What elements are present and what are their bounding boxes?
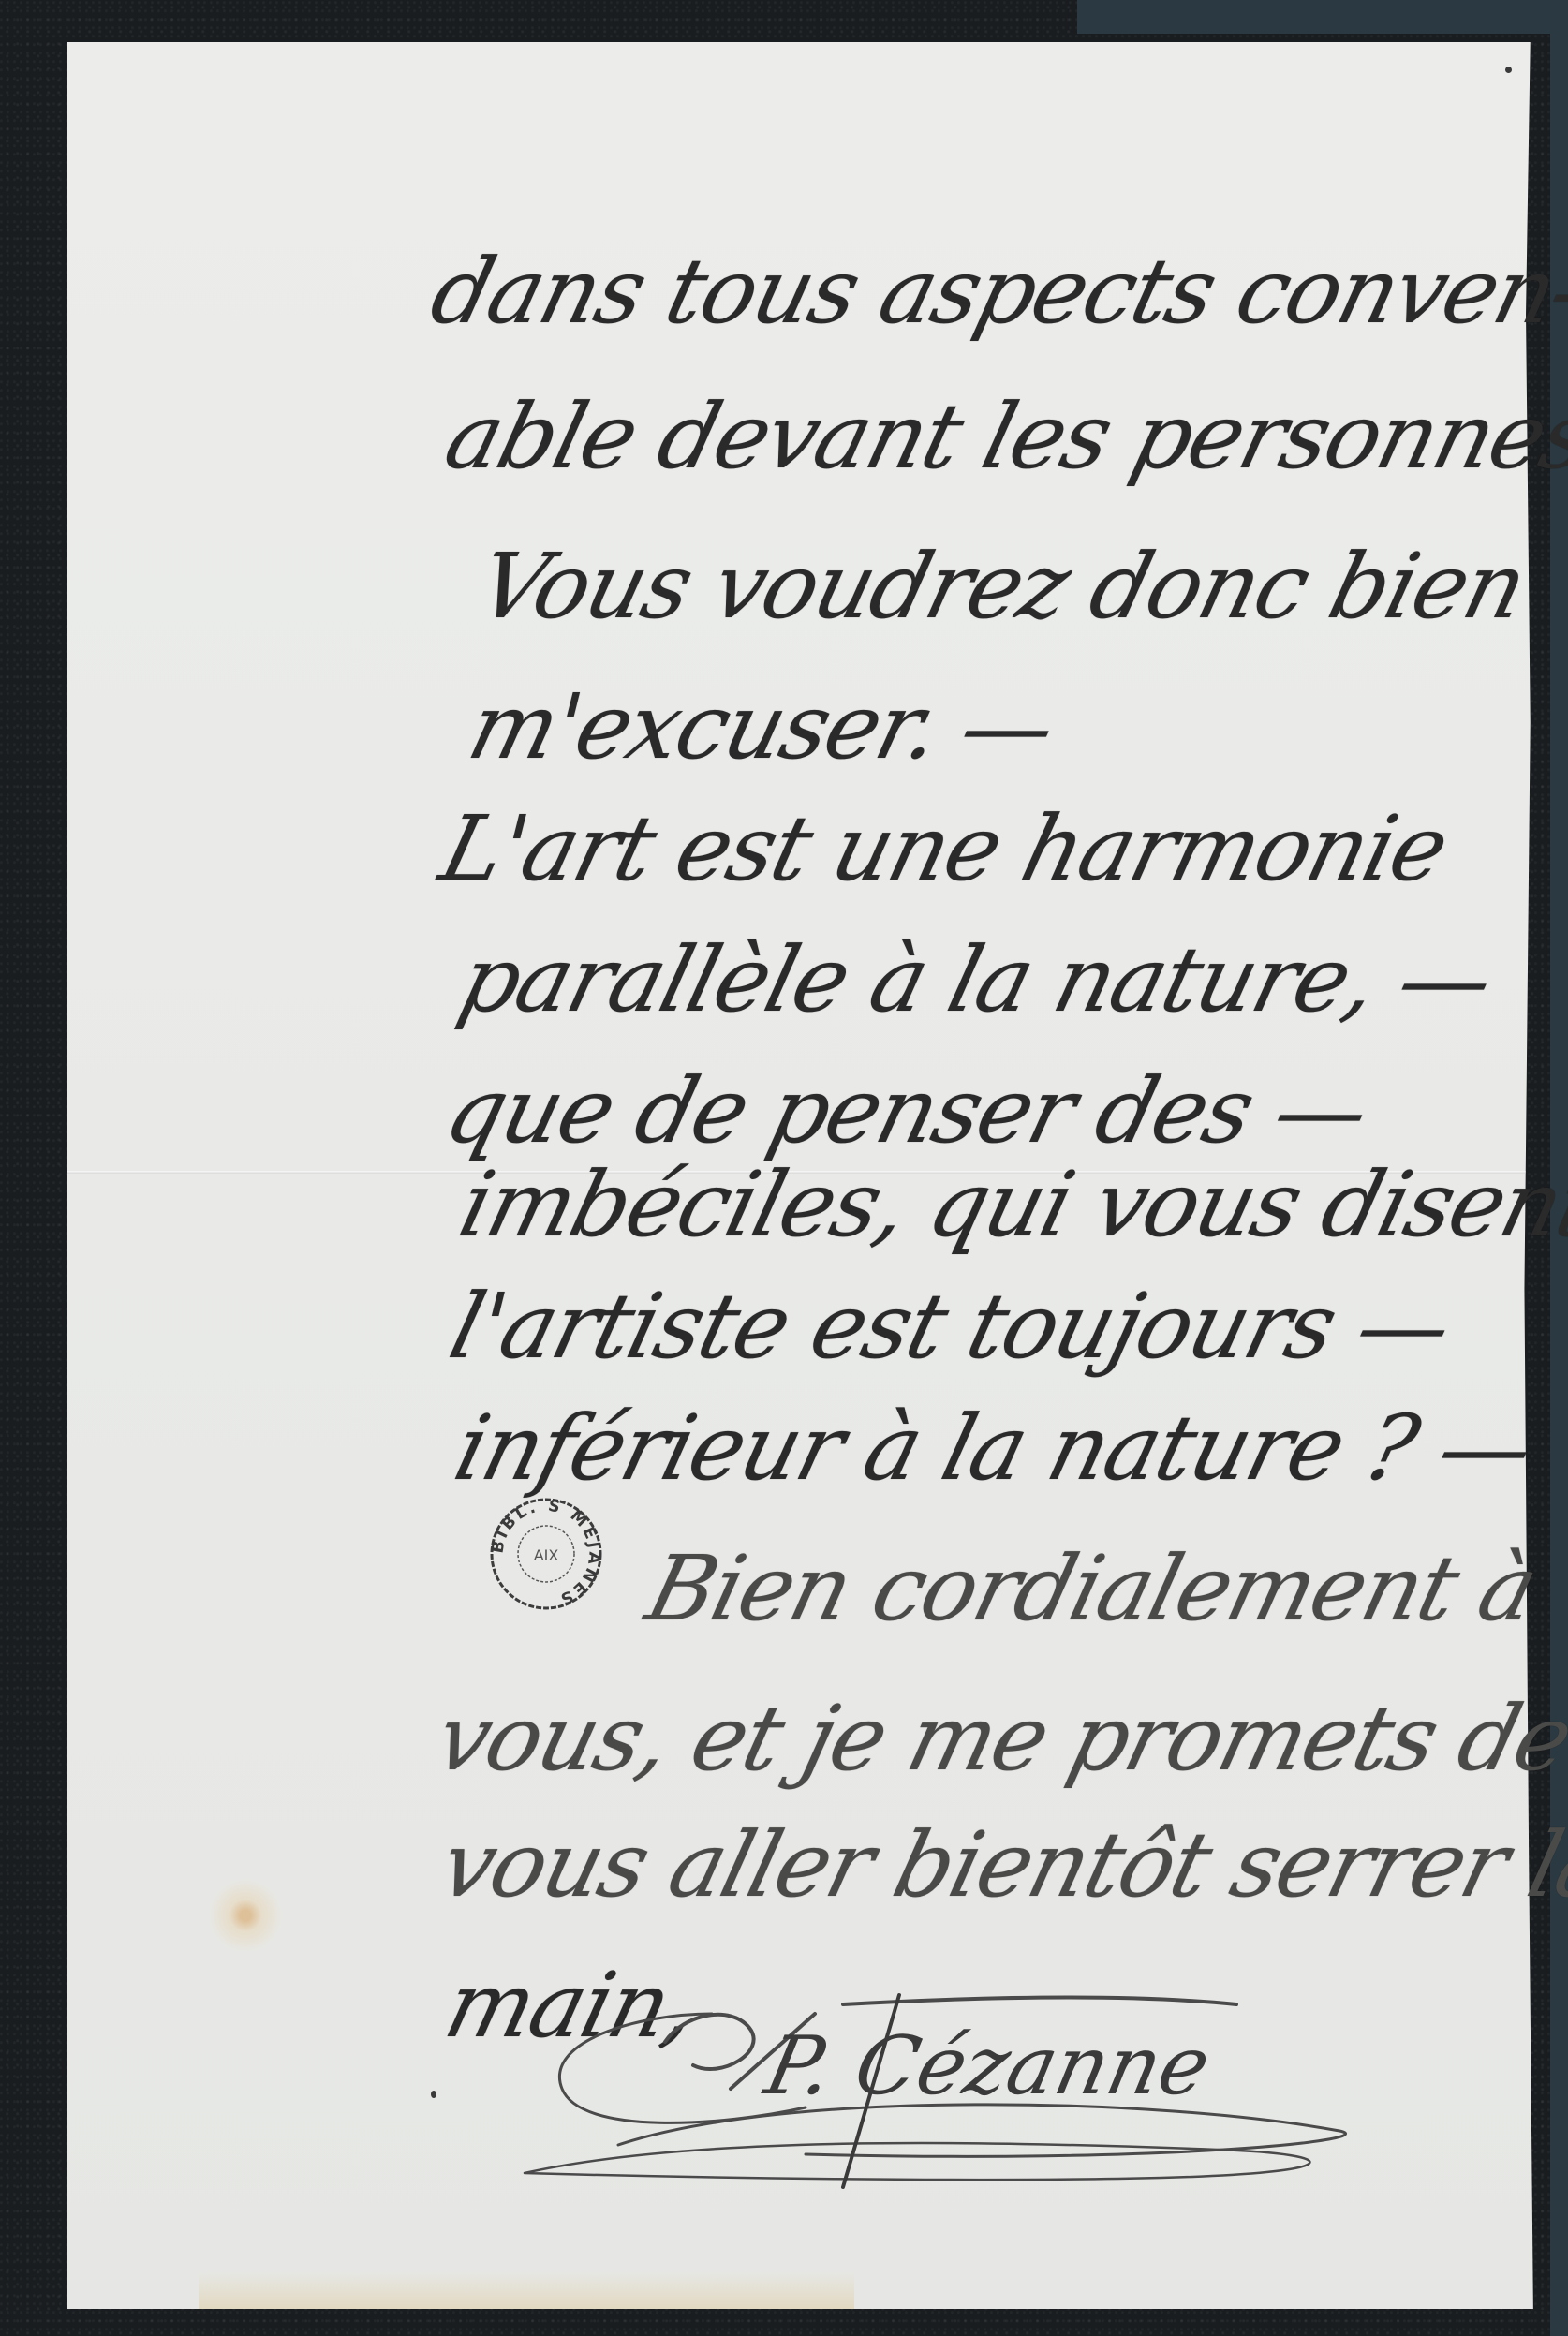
- pin-hole: [1505, 67, 1512, 73]
- letter-line-13: vous aller bientôt serrer la: [431, 1812, 1568, 1917]
- letter-line-2: able devant les personnes: [436, 384, 1568, 489]
- svg-text:AIX: AIX: [534, 1546, 559, 1564]
- ink-dot: [431, 2091, 436, 2098]
- foxing-stain: [208, 1878, 283, 1953]
- letter-line-10: inférieur à la nature ? —: [445, 1396, 1542, 1501]
- mount-edge-top: [1077, 0, 1568, 34]
- letter-line-7: que de penser des —: [436, 1058, 1378, 1163]
- letter-line-11: Bien cordialement à: [637, 1536, 1546, 1641]
- letter-line-5: L'art est une harmonie: [431, 796, 1457, 901]
- letter-line-9: l'artiste est toujours —: [440, 1274, 1460, 1379]
- letter-line-8: imbéciles, qui vous disent: [450, 1152, 1568, 1257]
- bottom-foxing: [199, 2271, 854, 2309]
- signature-flourish: P. Cézanne: [506, 1976, 1461, 2201]
- library-stamp-icon: BIBL. S MEJANES AIX: [487, 1495, 605, 1613]
- letter-line-4: m'excuser. —: [459, 674, 1064, 779]
- letter-line-1: dans tous aspects conven-: [422, 239, 1568, 344]
- letter-line-3: Vous voudrez donc bien: [468, 534, 1535, 639]
- svg-text:P. Cézanne: P. Cézanne: [756, 2018, 1218, 2113]
- letter-line-6: parallèle à la nature, —: [450, 927, 1501, 1032]
- letter-line-12: vous, et je me promets de: [426, 1686, 1568, 1791]
